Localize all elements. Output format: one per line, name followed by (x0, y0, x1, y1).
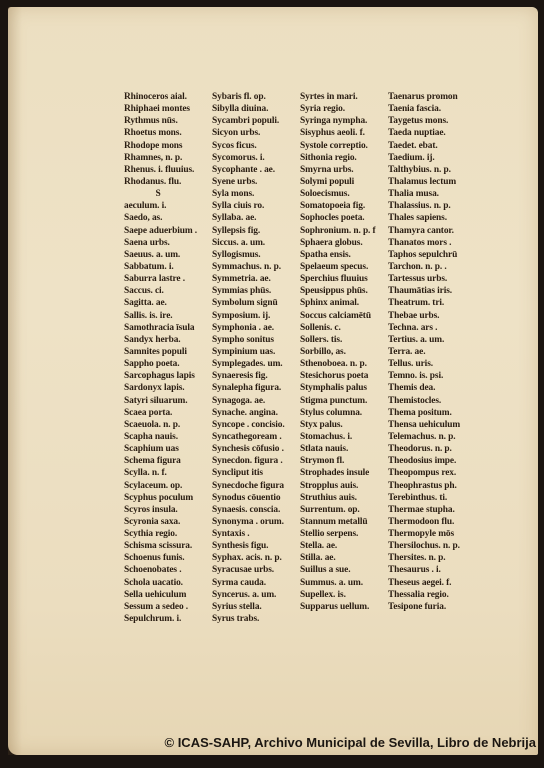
glossary-entry: Rhenus. i. fluuius. (124, 164, 212, 176)
glossary-entry: Scyphus poculum (124, 492, 212, 504)
glossary-entry: Stesichorus poeta (300, 370, 388, 382)
glossary-entry: Sepulchrum. i. (124, 613, 212, 625)
column-3: Syrtes in mari.Syria regio.Syringa nymph… (300, 91, 388, 625)
glossary-entry: aeculum. i. (124, 200, 212, 212)
glossary-entry: Synaesis. conscia. (212, 504, 300, 516)
glossary-entry: Thermae stupha. (388, 504, 488, 516)
glossary-entry: Saeuus. a. um. (124, 249, 212, 261)
glossary-entry: Stilla. ae. (300, 552, 388, 564)
glossary-entry: Schema figura (124, 455, 212, 467)
glossary-entry: Symposium. ij. (212, 310, 300, 322)
glossary-entry: Synecdon. figura . (212, 455, 300, 467)
glossary-entry: Thebae urbs. (388, 310, 488, 322)
glossary-entry: Thales sapiens. (388, 212, 488, 224)
copyright-notice: © ICAS-SAHP, Archivo Municipal de Sevill… (0, 735, 544, 750)
glossary-entry: Sorbillo, as. (300, 346, 388, 358)
glossary-entry: Thalia musa. (388, 188, 488, 200)
glossary-entry: Syrius stella. (212, 601, 300, 613)
glossary-entry: Synecdoche figura (212, 480, 300, 492)
glossary-entry: Symmias phūs. (212, 285, 300, 297)
glossary-entry: Samothracia īsula (124, 322, 212, 334)
glossary-entry: Taenia fascia. (388, 103, 488, 115)
glossary-entry: Synaeresis fig. (212, 370, 300, 382)
manuscript-page: Rhinoceros aial.Rhiphaei montesRythmus n… (8, 7, 538, 755)
glossary-entry: Telemachus. n. p. (388, 431, 488, 443)
glossary-entry: Sympinium uas. (212, 346, 300, 358)
glossary-entry: Syrus trabs. (212, 613, 300, 625)
glossary-entry: Thessalia regio. (388, 589, 488, 601)
glossary-entry: Supellex. is. (300, 589, 388, 601)
glossary-entry: Synchesis cōfusio . (212, 443, 300, 455)
glossary-entry: Theodosius impe. (388, 455, 488, 467)
glossary-entry: Sicyon urbs. (212, 127, 300, 139)
glossary-entry: Sycos ficus. (212, 140, 300, 152)
glossary-entry: Syene urbs. (212, 176, 300, 188)
glossary-entry: Stropplus auis. (300, 480, 388, 492)
glossary-entry: Rhodope mons (124, 140, 212, 152)
glossary-entry: Sandyx herba. (124, 334, 212, 346)
glossary-entry: Theodorus. n. p. (388, 443, 488, 455)
glossary-entry: Styx palus. (300, 419, 388, 431)
glossary-entry: Siccus. a. um. (212, 237, 300, 249)
glossary-entry: Satyri siluarum. (124, 395, 212, 407)
glossary-entry: Stella. ae. (300, 540, 388, 552)
glossary-entry: Symplegades. um. (212, 358, 300, 370)
glossary-entry: Sphaera globus. (300, 237, 388, 249)
glossary-entry: Rhoetus mons. (124, 127, 212, 139)
glossary-entry: Stellio serpens. (300, 528, 388, 540)
glossary-entry: Syncope . concisio. (212, 419, 300, 431)
glossary-entry: Themis dea. (388, 382, 488, 394)
glossary-entry: Sophocles poeta. (300, 212, 388, 224)
glossary-entry: Somatopoeia fig. (300, 200, 388, 212)
glossary-entry: Terebinthus. ti. (388, 492, 488, 504)
glossary-entry: Scyros insula. (124, 504, 212, 516)
glossary-entry: Supparus uellum. (300, 601, 388, 613)
glossary-entry: Summus. a. um. (300, 577, 388, 589)
glossary-entry: Synodus cōuentio (212, 492, 300, 504)
glossary-entry: Sylla ciuis ro. (212, 200, 300, 212)
glossary-entry: Thalassius. n. p. (388, 200, 488, 212)
glossary-entry: Tartessus urbs. (388, 273, 488, 285)
glossary-entry: Schisma scissura. (124, 540, 212, 552)
glossary-entry: Syllaba. ae. (212, 212, 300, 224)
glossary-entry: Strophades insule (300, 467, 388, 479)
glossary-entry: Sithonia regio. (300, 152, 388, 164)
glossary-entry: Syllogismus. (212, 249, 300, 261)
glossary-entry: Scapha nauis. (124, 431, 212, 443)
glossary-entry: Thersites. n. p. (388, 552, 488, 564)
glossary-entry: Syncliput itis (212, 467, 300, 479)
glossary-entry: Sibylla diuina. (212, 103, 300, 115)
glossary-entry: Thema positum. (388, 407, 488, 419)
glossary-entry: Scythia regio. (124, 528, 212, 540)
glossary-entry: Sophronium. n. p. f (300, 225, 388, 237)
glossary-entry: Tarchon. n. p. . (388, 261, 488, 273)
glossary-entry: Sabbatum. i. (124, 261, 212, 273)
glossary-entry: Thamyra cantor. (388, 225, 488, 237)
glossary-entry: Saburra lastre . (124, 273, 212, 285)
section-letter-heading: S (124, 188, 212, 200)
glossary-entry: Tertius. a. um. (388, 334, 488, 346)
glossary-entry: Strymon fl. (300, 455, 388, 467)
glossary-entry: Stannum metallū (300, 516, 388, 528)
glossary-entry: Tesipone furia. (388, 601, 488, 613)
glossary-entry: Theopompus rex. (388, 467, 488, 479)
glossary-entry: Saedo, as. (124, 212, 212, 224)
glossary-entry: Theatrum. tri. (388, 297, 488, 309)
glossary-entry: Thermopyle mōs (388, 528, 488, 540)
glossary-entry: Soccus calciamētū (300, 310, 388, 322)
glossary-entry: Syracusae urbs. (212, 564, 300, 576)
glossary-entry: Syringa nympha. (300, 115, 388, 127)
glossary-entry: Struthius auis. (300, 492, 388, 504)
glossary-entry: Sycophante . ae. (212, 164, 300, 176)
glossary-entry: Thermodoon flu. (388, 516, 488, 528)
glossary-entry: Techna. ars . (388, 322, 488, 334)
glossary-entry: Saepe aduerbium . (124, 225, 212, 237)
glossary-entry: Scyronia saxa. (124, 516, 212, 528)
glossary-entry: Thersilochus. n. p. (388, 540, 488, 552)
glossary-entry: Sella uehiculum (124, 589, 212, 601)
glossary-entry: Soloecismus. (300, 188, 388, 200)
glossary-entry: Scylaceum. op. (124, 480, 212, 492)
glossary-entry: Schola uacatio. (124, 577, 212, 589)
glossary-entry: Sympho sonitus (212, 334, 300, 346)
glossary-entry: Synache. angina. (212, 407, 300, 419)
column-1: Rhinoceros aial.Rhiphaei montesRythmus n… (124, 91, 212, 625)
glossary-entry: Taedium. ij. (388, 152, 488, 164)
glossary-entry: Smyrna urbs. (300, 164, 388, 176)
column-2: Sybaris fl. op.Sibylla diuina.Sycambri p… (212, 91, 300, 625)
glossary-entry: Rhiphaei montes (124, 103, 212, 115)
glossary-entry: Syncerus. a. um. (212, 589, 300, 601)
glossary-entry: Sycomorus. i. (212, 152, 300, 164)
glossary-entry: Rythmus nūs. (124, 115, 212, 127)
glossary-entry: Schoenobates . (124, 564, 212, 576)
glossary-entry: Saena urbs. (124, 237, 212, 249)
glossary-entry: Thanatos mors . (388, 237, 488, 249)
glossary-entry: Temno. is. psi. (388, 370, 488, 382)
glossary-entry: Syphax. acis. n. p. (212, 552, 300, 564)
glossary-entry: Sthenoboea. n. p. (300, 358, 388, 370)
glossary-entry: Systole correptio. (300, 140, 388, 152)
glossary-entry: Sisyphus aeoli. f. (300, 127, 388, 139)
glossary-entry: Theseus aegei. f. (388, 577, 488, 589)
glossary-entry: Syrma cauda. (212, 577, 300, 589)
glossary-entry: Taeda nuptiae. (388, 127, 488, 139)
glossary-entry: Talthybius. n. p. (388, 164, 488, 176)
glossary-entry: Stylus columna. (300, 407, 388, 419)
glossary-entry: Thesaurus . i. (388, 564, 488, 576)
glossary-entry: Tellus. uris. (388, 358, 488, 370)
glossary-entry: Speusippus phūs. (300, 285, 388, 297)
glossary-entry: Thensa uehiculum (388, 419, 488, 431)
glossary-entry: Symbolum signū (212, 297, 300, 309)
glossary-entry: Sollenis. c. (300, 322, 388, 334)
glossary-entry: Syla mons. (212, 188, 300, 200)
glossary-entry: Symmetria. ae. (212, 273, 300, 285)
glossary-entry: Sardonyx lapis. (124, 382, 212, 394)
glossary-entry: Scylla. n. f. (124, 467, 212, 479)
glossary-entry: Symphonia . ae. (212, 322, 300, 334)
glossary-entry: Scaphium uas (124, 443, 212, 455)
glossary-entry: Symmachus. n. p. (212, 261, 300, 273)
glossary-entry: Taygetus mons. (388, 115, 488, 127)
glossary-entry: Sphinx animal. (300, 297, 388, 309)
glossary-entry: Scaeuola. n. p. (124, 419, 212, 431)
glossary-entry: Themistocles. (388, 395, 488, 407)
glossary-entry: Scaea porta. (124, 407, 212, 419)
glossary-entry: Sollers. tis. (300, 334, 388, 346)
glossary-entry: Thaumātias iris. (388, 285, 488, 297)
glossary-entry: Rhinoceros aial. (124, 91, 212, 103)
glossary-columns: Rhinoceros aial.Rhiphaei montesRythmus n… (124, 91, 488, 625)
glossary-entry: Solymi populi (300, 176, 388, 188)
glossary-entry: Syntaxis . (212, 528, 300, 540)
glossary-entry: Rhamnes, n. p. (124, 152, 212, 164)
glossary-entry: Sallis. is. ire. (124, 310, 212, 322)
glossary-entry: Taenarus promon (388, 91, 488, 103)
glossary-entry: Syria regio. (300, 103, 388, 115)
glossary-entry: Sappho poeta. (124, 358, 212, 370)
glossary-entry: Stlata nauis. (300, 443, 388, 455)
glossary-entry: Thalamus lectum (388, 176, 488, 188)
glossary-entry: Saccus. ci. (124, 285, 212, 297)
glossary-entry: Synalepha figura. (212, 382, 300, 394)
glossary-entry: Schoenus funis. (124, 552, 212, 564)
glossary-entry: Syrtes in mari. (300, 91, 388, 103)
glossary-entry: Sessum a sedeo . (124, 601, 212, 613)
glossary-entry: Surrentum. op. (300, 504, 388, 516)
glossary-entry: Spatha ensis. (300, 249, 388, 261)
glossary-entry: Stymphalis palus (300, 382, 388, 394)
glossary-entry: Synonyma . orum. (212, 516, 300, 528)
glossary-entry: Suillus a sue. (300, 564, 388, 576)
glossary-entry: Stomachus. i. (300, 431, 388, 443)
glossary-entry: Sycambri populi. (212, 115, 300, 127)
glossary-entry: Rhodanus. flu. (124, 176, 212, 188)
glossary-entry: Spelaeum specus. (300, 261, 388, 273)
glossary-entry: Taedet. ebat. (388, 140, 488, 152)
glossary-entry: Syllepsis fig. (212, 225, 300, 237)
glossary-entry: Synagoga. ae. (212, 395, 300, 407)
glossary-entry: Synthesis figu. (212, 540, 300, 552)
glossary-entry: Sperchius fluuius (300, 273, 388, 285)
glossary-entry: Samnites populi (124, 346, 212, 358)
glossary-entry: Sybaris fl. op. (212, 91, 300, 103)
glossary-entry: Theophrastus ph. (388, 480, 488, 492)
glossary-entry: Sarcophagus lapis (124, 370, 212, 382)
glossary-entry: Stigma punctum. (300, 395, 388, 407)
glossary-entry: Taphos sepulchrū (388, 249, 488, 261)
column-4: Taenarus promonTaenia fascia.Taygetus mo… (388, 91, 488, 625)
glossary-entry: Sagitta. ae. (124, 297, 212, 309)
glossary-entry: Syncathegoream . (212, 431, 300, 443)
glossary-entry: Terra. ae. (388, 346, 488, 358)
